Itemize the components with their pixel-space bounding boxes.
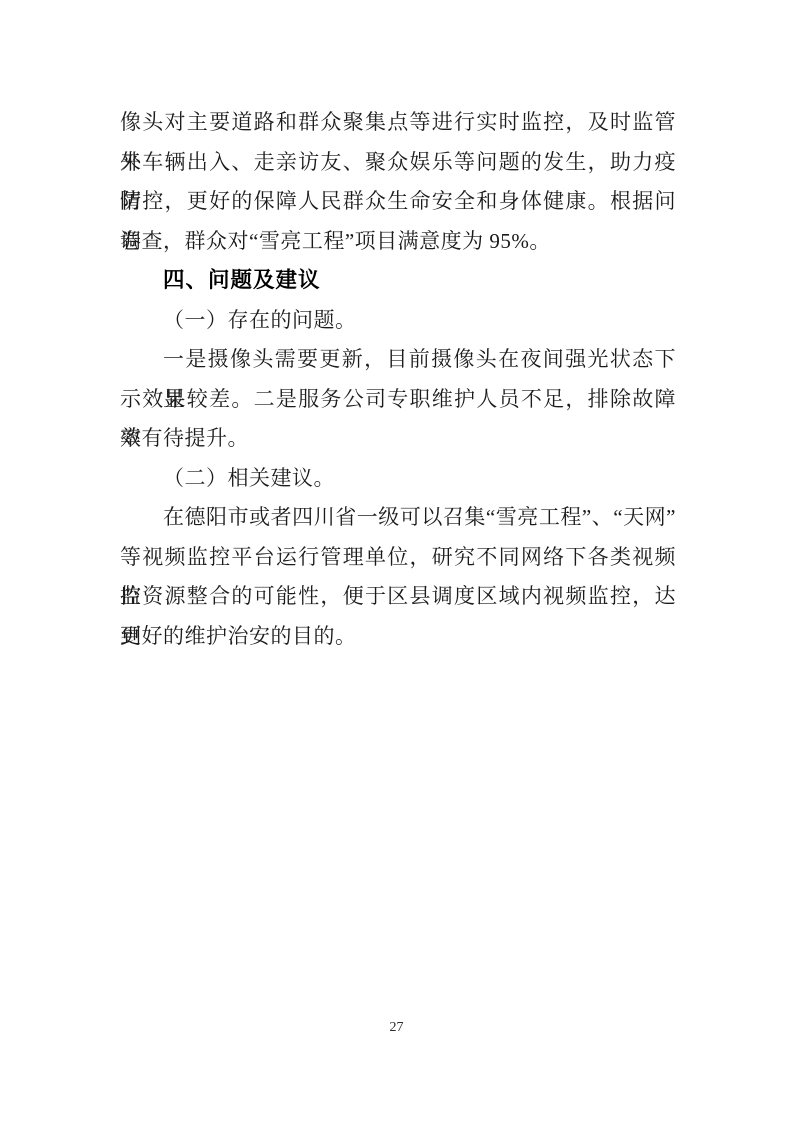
paragraph-line: 示效果较差。二是服务公司专职维护人员不足，排除故障效 (120, 380, 676, 420)
page-number: 27 (0, 1020, 793, 1036)
text-block: 像头对主要道路和群众聚集点等进行实时监控，及时监管外 来车辆出入、走亲访友、聚众… (120, 103, 676, 656)
paragraph-line: 调查，群众对“雪亮工程”项目满意度为 95%。 (120, 222, 676, 262)
paragraph-line: 更好的维护治安的目的。 (120, 617, 676, 657)
paragraph-line: 率有待提升。 (120, 419, 676, 459)
paragraph-line: 来车辆出入、走亲访友、聚众娱乐等问题的发生，助力疫情 (120, 143, 676, 183)
document-page: 像头对主要道路和群众聚集点等进行实时监控，及时监管外 来车辆出入、走亲访友、聚众… (0, 0, 793, 1122)
paragraph-line: 像头对主要道路和群众聚集点等进行实时监控，及时监管外 (120, 103, 676, 143)
section-heading: 四、问题及建议 (120, 261, 676, 301)
subsection-heading: （一）存在的问题。 (120, 301, 676, 341)
subsection-heading: （二）相关建议。 (120, 459, 676, 499)
paragraph-line: 等视频监控平台运行管理单位，研究不同网络下各类视频监 (120, 538, 676, 578)
paragraph-line: 防控，更好的保障人民群众生命安全和身体健康。根据问卷 (120, 182, 676, 222)
paragraph-line: 控资源整合的可能性，便于区县调度区域内视频监控，达到 (120, 577, 676, 617)
paragraph-line: 一是摄像头需要更新，目前摄像头在夜间强光状态下显 (120, 340, 676, 380)
paragraph-line: 在德阳市或者四川省一级可以召集“雪亮工程”、“天网” (120, 498, 676, 538)
